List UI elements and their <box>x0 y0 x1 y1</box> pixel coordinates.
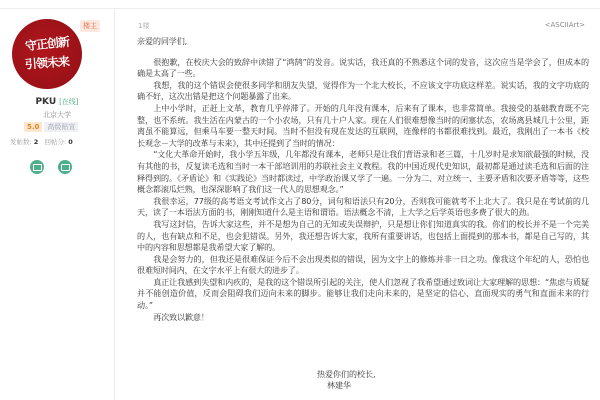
closing-line: 热爱你们的校长, <box>317 369 376 380</box>
user-actions <box>30 160 72 174</box>
paragraph: 我写这封信，告诉大家这些，并不是想为自己的无知或失误辩护，只是想让你们知道真实的… <box>137 219 589 254</box>
paragraph: 我是会努力的，但我还是很难保证今后不会出现类似的错误，因为文字上的修炼并非一日之… <box>137 254 589 277</box>
post-signature: <ASCIIArt> <box>545 21 585 29</box>
reply-label: 回帖分: <box>45 138 67 146</box>
author-name: 林建华 <box>317 380 376 391</box>
reply-score: 0 <box>68 138 73 146</box>
paragraph: 真正让我感到失望和内疚的，是我的这个错误所引起的关注，使人们忽视了我希望通过致词… <box>137 277 589 312</box>
message-icon[interactable] <box>30 160 44 174</box>
avatar[interactable]: 守正创新 引领未来 <box>12 19 82 89</box>
paragraph: “文化大革命开始时，我小学五年级，几年都没有课本，老师只是让我们背语录和老三篇，… <box>137 149 589 195</box>
username[interactable]: PKU <box>35 97 56 107</box>
paragraph: 再次致以歉意！ <box>137 312 589 324</box>
username-row: PKU [在线] <box>0 97 114 107</box>
mail-icon[interactable] <box>58 160 72 174</box>
paragraph: 上中小学时，正赶上文革，教育几乎停滞了。开始的几年没有课本，后来有了课本，也非常… <box>137 103 589 149</box>
paragraph: 我想，我的这个错误会使很多同学和朋友失望，觉得作为一个北大校长，不应该文字功底这… <box>137 80 589 103</box>
top-divider <box>0 0 600 9</box>
post-body: 1楼 <ASCIIArt> 亲爱的同学们, 很抱歉，在校庆大会的致辞中读错了“鸿… <box>131 9 591 400</box>
user-school: 北京大学 <box>0 110 114 120</box>
op-badge: 楼主 <box>80 20 100 32</box>
online-status: [在线] <box>59 98 78 106</box>
floor-number: 1楼 <box>138 21 149 31</box>
avatar-text-line2: 引领未来 <box>25 55 70 71</box>
avatar-text-line1: 守正创新 <box>24 36 69 53</box>
posts-count: 2 <box>34 138 39 146</box>
posts-label: 发帖数: <box>10 138 32 146</box>
user-score: 5.0 <box>24 122 42 132</box>
letter-closing: 热爱你们的校长, 林建华 <box>317 369 376 391</box>
letter-content: 亲爱的同学们, 很抱歉，在校庆大会的致辞中读错了“鸿鹄”的发音。说实话，我还真的… <box>137 36 589 323</box>
author-sidebar: 守正创新 引领未来 楼主 PKU [在线] 北京大学 5.0高级贴宣 发帖数: … <box>0 9 115 400</box>
user-rank: 5.0高级贴宣 <box>24 122 78 132</box>
user-stats: 发帖数: 2 回帖分: 0 <box>10 137 73 146</box>
user-title: 高级贴宣 <box>44 122 78 132</box>
greeting: 亲爱的同学们, <box>137 36 589 48</box>
paragraph: 很抱歉，在校庆大会的致辞中读错了“鸿鹄”的发音。说实话，我还真的不熟悉这个词的发… <box>137 57 589 80</box>
paragraph: 我很幸运，77级的高考语文考试作文占了80分，词句和语法只有20分，否则我可能就… <box>137 196 589 219</box>
